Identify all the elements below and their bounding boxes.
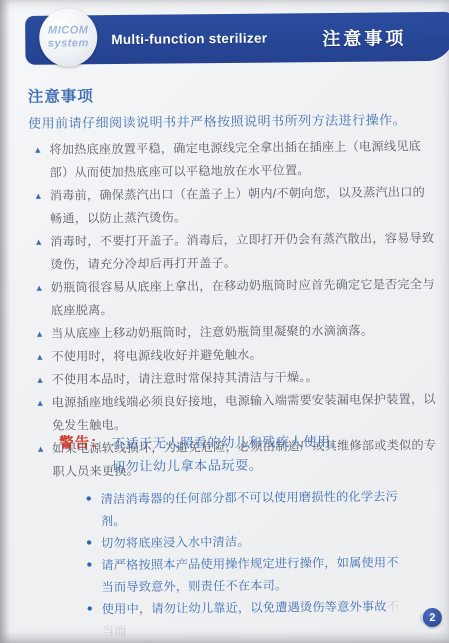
product-name: Multi-function sterilizer (111, 31, 267, 47)
warning-line1: 不适于无人照看的幼儿和残疾人使用。 (112, 434, 345, 451)
round-bullet-icon: ● (86, 488, 101, 510)
precaution-text: 不使用本品时，请注意时常保持其清洁与干燥。。 (51, 366, 318, 392)
warning-text: 不适于无人照看的幼儿和残疾人使用。 切勿让幼儿拿本品玩耍。 (112, 430, 345, 478)
precaution-text: 消毒前，确保蒸汽出口（在盖子上）朝内/不朝向您，以及蒸汽出口的畅通，以防止蒸汽烫… (50, 181, 434, 231)
precaution-item: ▲ 奶瓶筒很容易从底座上拿出，在移动奶瓶筒时应首先确定它是否完全与底座脱离。 (35, 273, 435, 323)
micom-system-logo: MICOM system (39, 8, 98, 67)
precaution-text: 奶瓶筒很容易从底座上拿出，在移动奶瓶筒时应首先确定它是否完全与底座脱离。 (51, 273, 435, 323)
header-title: 注意事项 (322, 24, 406, 51)
precaution-item: ▲ 将加热底座放置平稳，确定电源线完全拿出插在插座上（电源线见底部）从而使加热底… (33, 135, 433, 185)
triangle-bullet-icon: ▲ (35, 323, 51, 346)
manual-page: MICOM system Multi-function sterilizer 注… (0, 0, 449, 643)
logo-line1: MICOM (48, 25, 89, 38)
note-text: 请严格按照本产品使用操作规定进行操作，如属使用不当而导致意外，则责任不在本司。 (101, 551, 409, 598)
note-item: ● 清洁消毒器的任何部分都不可以使用磨损性的化学去污剂。 (86, 485, 409, 532)
triangle-bullet-icon: ▲ (35, 346, 51, 369)
warning-line2: 切勿让幼儿拿本品玩耍。 (112, 458, 263, 474)
precaution-text: 消毒时，不要打开盖子。消毒后，立即打开仍会有蒸汽散出，容易导致烫伤，请充分冷却后… (50, 227, 434, 277)
precaution-item: ▲ 消毒前，确保蒸汽出口（在盖子上）朝内/不朝向您，以及蒸汽出口的畅通，以防止蒸… (34, 181, 434, 231)
precaution-text: 不使用时，将电源线收好并避免触水。 (51, 344, 262, 369)
note-text: 使用中，请勿让幼儿靠近，以免遭遇烫伤等意外事故不当而 (102, 595, 410, 642)
triangle-bullet-icon: ▲ (34, 185, 50, 208)
note-text: 切勿将底座浸入水中清洁。 (101, 531, 250, 554)
logo-line2: system (48, 37, 89, 50)
precaution-text: 将加热底座放置平稳，确定电源线完全拿出插在插座上（电源线见底部）从而使加热底座可… (49, 135, 433, 185)
round-bullet-icon: ● (87, 598, 102, 620)
triangle-bullet-icon: ▲ (34, 231, 50, 254)
round-bullet-icon: ● (86, 532, 101, 554)
intro-text: 使用前请仔细阅读说明书并严格按照说明书所列方法进行操作。 (28, 109, 433, 132)
triangle-bullet-icon: ▲ (33, 139, 49, 162)
triangle-bullet-icon: ▲ (36, 392, 52, 415)
round-bullet-icon: ● (86, 554, 101, 576)
triangle-bullet-icon: ▲ (36, 438, 52, 461)
triangle-bullet-icon: ▲ (35, 369, 51, 392)
precaution-text: 当从底座上移动奶瓶筒时，注意奶瓶筒里凝聚的水滴滴落。 (51, 320, 373, 346)
page-number-circle: 2 (423, 608, 442, 627)
note-item: ● 使用中，请勿让幼儿靠近，以免遭遇烫伤等意外事故不当而 (87, 595, 410, 642)
header-bar: MICOM system Multi-function sterilizer 注… (25, 12, 449, 65)
note-item: ● 请严格按照本产品使用操作规定进行操作，如属使用不当而导致意外，则责任不在本司… (86, 551, 409, 598)
section-title: 注意事项 (28, 84, 94, 107)
warning-block: 警告： 不适于无人照看的幼儿和残疾人使用。 切勿让幼儿拿本品玩耍。 (59, 429, 430, 479)
precaution-item: ▲ 消毒时，不要打开盖子。消毒后，立即打开仍会有蒸汽散出，容易导致烫伤，请充分冷… (34, 227, 434, 277)
triangle-bullet-icon: ▲ (35, 277, 51, 300)
note-item: ● 切勿将底座浸入水中清洁。 (86, 529, 409, 554)
note-text: 清洁消毒器的任何部分都不可以使用磨损性的化学去污剂。 (101, 485, 409, 532)
notes-list: ● 清洁消毒器的任何部分都不可以使用磨损性的化学去污剂。 ● 切勿将底座浸入水中… (86, 485, 410, 642)
warning-label: 警告： (59, 432, 106, 455)
page-number-badge: 0 2 (419, 608, 442, 627)
